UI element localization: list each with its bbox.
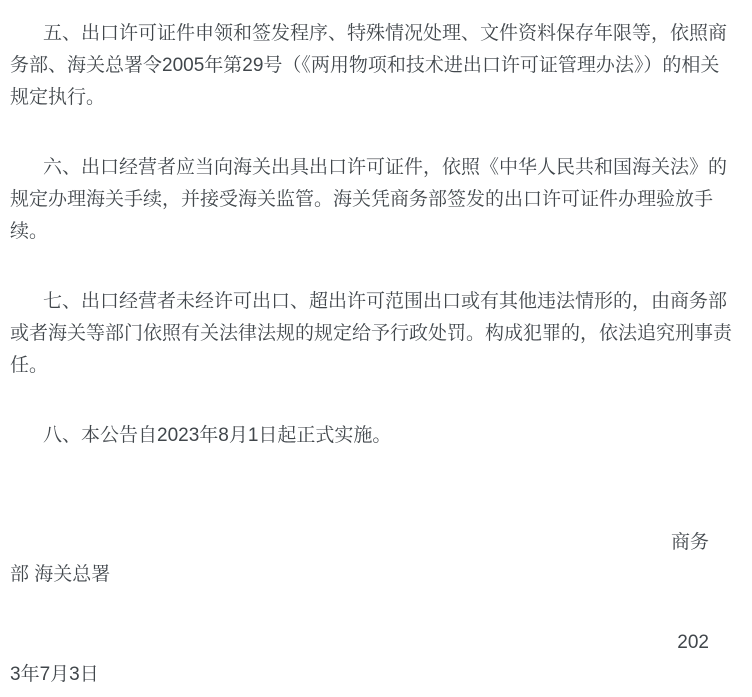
signature-block: 商务 部 海关总署 xyxy=(10,527,719,591)
date-block: 202 3年7月3日 xyxy=(10,627,719,691)
paragraph-line: 续。 xyxy=(10,216,719,248)
signature-line-wrap-end: 部 海关总署 xyxy=(10,559,719,591)
paragraph-line: 八、本公告自2023年8月1日起正式实施。 xyxy=(10,420,719,452)
date-line-wrap-end: 3年7月3日 xyxy=(10,659,719,691)
paragraph-line: 规定执行。 xyxy=(10,82,719,114)
announcement-item-5: 五、出口许可证件申领和签发程序、特殊情况处理、文件资料保存年限等，依照商 务部、… xyxy=(10,18,719,114)
paragraph-line: 任。 xyxy=(10,350,719,382)
announcement-item-6: 六、出口经营者应当向海关出具出口许可证件，依照《中华人民共和国海关法》的 规定办… xyxy=(10,152,719,248)
paragraph-line: 规定办理海关手续，并接受海关监管。海关凭商务部签发的出口许可证件办理验放手 xyxy=(10,184,719,216)
paragraph-line: 或者海关等部门依照有关法律法规的规定给予行政处罚。构成犯罪的，依法追究刑事责 xyxy=(10,318,719,350)
announcement-item-8: 八、本公告自2023年8月1日起正式实施。 xyxy=(10,420,719,452)
paragraph-line: 六、出口经营者应当向海关出具出口许可证件，依照《中华人民共和国海关法》的 xyxy=(10,152,719,184)
paragraph-line: 五、出口许可证件申领和签发程序、特殊情况处理、文件资料保存年限等，依照商 xyxy=(10,18,719,50)
signature-line-wrap-start: 商务 xyxy=(10,527,719,559)
announcement-body: 五、出口许可证件申领和签发程序、特殊情况处理、文件资料保存年限等，依照商 务部、… xyxy=(0,0,752,691)
date-line-wrap-start: 202 xyxy=(10,627,719,659)
paragraph-line: 七、出口经营者未经许可出口、超出许可范围出口或有其他违法情形的，由商务部 xyxy=(10,286,719,318)
announcement-item-7: 七、出口经营者未经许可出口、超出许可范围出口或有其他违法情形的，由商务部 或者海… xyxy=(10,286,719,382)
paragraph-line: 务部、海关总署令2005年第29号（《两用物项和技术进出口许可证管理办法》）的相… xyxy=(10,50,719,82)
